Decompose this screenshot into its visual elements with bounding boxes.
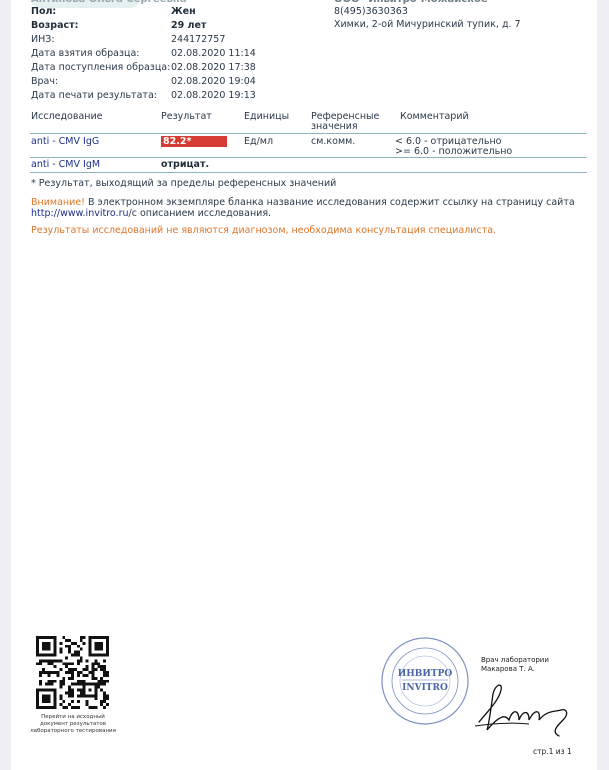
svg-text:ИНВИТРО: ИНВИТРО	[398, 669, 453, 679]
receipt-date-value: 02.08.2020 17:38	[171, 62, 256, 74]
col-result-header: Результат	[161, 111, 212, 123]
doctor-name: Макарова Т. А.	[481, 665, 549, 674]
inz-label: ИНЗ:	[31, 34, 55, 46]
header-rule	[30, 133, 587, 134]
page-number: стр.1 из 1	[533, 747, 572, 756]
report-page: Антипова Ольга Сергеевна ООО "Инвитро-Мо…	[11, 0, 597, 770]
lab-phone: 8(495)3630363	[334, 6, 408, 18]
col-units-header: Единицы	[244, 111, 289, 123]
lab-address: Химки, 2-ой Мичуринский тупик, д. 7	[334, 19, 521, 31]
sample-date-value: 02.08.2020 11:14	[171, 48, 256, 60]
site-note: http://www.invitro.ru/с описанием исслед…	[31, 208, 271, 220]
doctor-label: Врач:	[31, 76, 58, 88]
col-ref-header-2: значения	[311, 121, 358, 133]
disclaimer: Результаты исследований не являются диаг…	[31, 225, 496, 237]
sample-date-label: Дата взятия образца:	[31, 48, 140, 60]
print-date-value: 02.08.2020 19:13	[171, 90, 256, 102]
age-value: 29 лет	[171, 20, 206, 32]
print-date-label: Дата печати результата:	[31, 90, 157, 102]
signature-icon	[469, 680, 579, 740]
receipt-date-label: Дата поступления образца:	[31, 62, 170, 74]
svg-text:INVITRO: INVITRO	[402, 683, 448, 693]
footnote: * Результат, выходящий за пределы рефере…	[31, 178, 336, 190]
invitro-stamp-icon: ИНВИТРО INVITRO	[380, 636, 470, 726]
link-tail: с описанием исследования.	[132, 208, 271, 219]
qr-caption-line-2: документ результатов	[25, 721, 121, 728]
qr-caption-line-1: Перейти на исходный	[25, 714, 121, 721]
age-label: Возраст:	[31, 20, 78, 32]
sex-value: Жен	[171, 6, 196, 18]
col-test-header: Исследование	[31, 111, 103, 123]
test-link-cmv-igm[interactable]: anti - CMV IgM	[31, 159, 100, 171]
doctor-signature-block: Врач лаборатории Макарова Т. А.	[481, 656, 549, 674]
attention-text: В электронном экземпляре бланка название…	[85, 197, 575, 208]
ref-cmv-igg: см.комм.	[311, 136, 355, 148]
doctor-title: Врач лаборатории	[481, 656, 549, 665]
doctor-value: 02.08.2020 19:04	[171, 76, 256, 88]
units-cmv-igg: Ед/мл	[244, 136, 273, 148]
invitro-link[interactable]: http://www.invitro.ru/	[31, 208, 132, 219]
test-link-cmv-igg[interactable]: anti - CMV IgG	[31, 136, 99, 148]
inz-value: 244172757	[171, 34, 225, 46]
row-rule	[30, 172, 587, 173]
qr-caption-line-3: лабораторного тестирования	[25, 728, 121, 735]
attention-label: Внимание!	[31, 197, 85, 208]
col-comment-header: Комментарий	[400, 111, 469, 123]
qr-code-icon[interactable]	[36, 636, 109, 709]
qr-caption: Перейти на исходный документ результатов…	[25, 714, 121, 735]
result-cmv-igm: отрицат.	[161, 159, 209, 171]
sex-label: Пол:	[31, 6, 56, 18]
row-rule	[30, 157, 587, 158]
result-out-of-range: 82.2*	[161, 136, 227, 147]
